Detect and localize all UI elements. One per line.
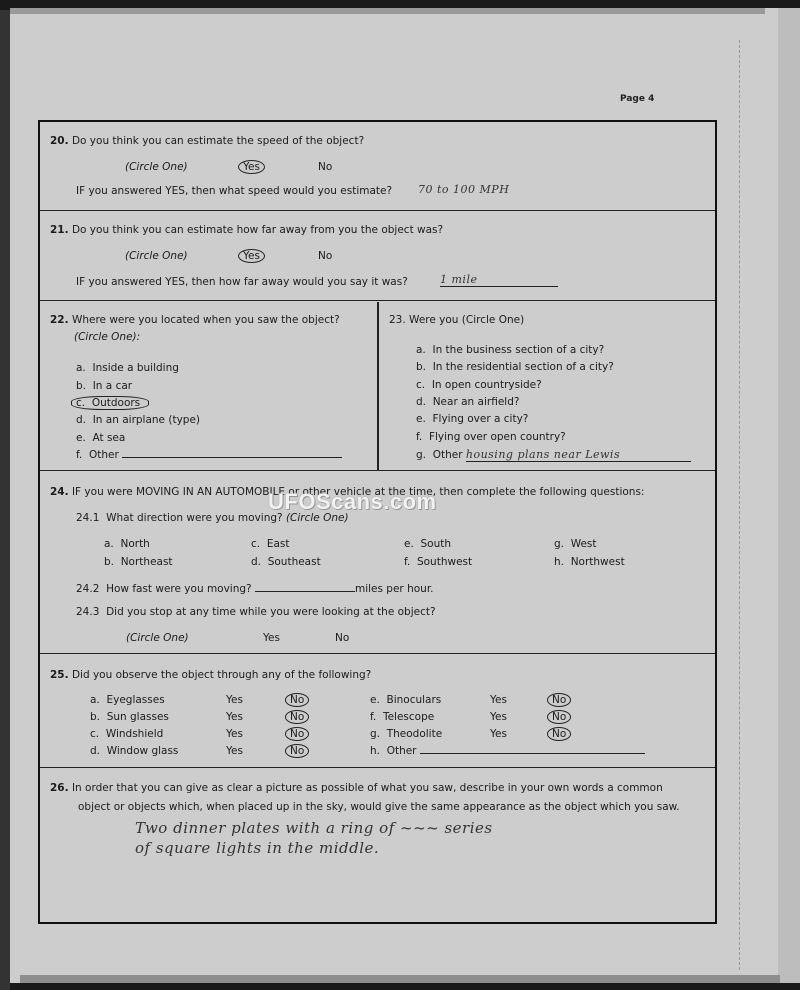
yes-option[interactable]: Yes [490,694,507,706]
no-option-selected[interactable]: No [285,727,309,741]
no-option-selected[interactable]: No [285,710,309,724]
area-other-answer[interactable]: housing plans near Lewis [466,448,691,462]
question-text: Do you think you can estimate the speed … [72,135,364,147]
no-option[interactable]: No [318,161,332,173]
instrument-window-glass: d. Window glass [90,745,178,757]
direction-east[interactable]: c. East [251,538,289,550]
distance-answer[interactable]: 1 mile [440,273,558,287]
description-answer-line-1[interactable]: Two dinner plates with a ring of ~~~ ser… [135,819,493,837]
column-divider [377,302,379,470]
speed-answer[interactable]: 70 to 100 MPH [418,183,509,196]
area-option-a[interactable]: a. In the business section of a city? [416,344,604,356]
circle-one-label: (Circle One): [74,331,140,343]
no-option-selected[interactable]: No [547,693,571,707]
followup-text: IF you answered YES, then what speed wou… [76,185,392,197]
area-option-f[interactable]: f. Flying over open country? [416,431,566,443]
instrument-telescope: f. Telescope [370,711,434,723]
direction-southwest[interactable]: f. Southwest [404,556,472,568]
no-option-selected[interactable]: No [547,710,571,724]
followup-text: IF you answered YES, then how far away w… [76,276,408,288]
page-number: Page 4 [620,94,654,104]
no-option[interactable]: No [318,250,332,262]
description-answer-line-2[interactable]: of square lights in the middle. [135,839,379,857]
instrument-sun-glasses: b. Sun glasses [90,711,169,723]
yes-option-selected[interactable]: Yes [238,160,265,174]
question-text-line-2: object or objects which, when placed up … [78,801,680,813]
yes-option[interactable]: Yes [226,711,243,723]
instrument-other-blank[interactable] [420,753,645,754]
area-option-g[interactable]: g. Other housing plans near Lewis [416,448,691,462]
yes-option-selected[interactable]: Yes [238,249,265,263]
no-option[interactable]: No [335,632,349,644]
circle-one-label: (Circle One) [125,161,188,173]
scan-left-edge [0,10,10,990]
question-20: 20. Do you think you can estimate the sp… [40,122,715,211]
direction-south[interactable]: e. South [404,538,451,550]
instrument-eyeglasses: a. Eyeglasses [90,694,165,706]
instrument-theodolite: g. Theodolite [370,728,442,740]
question-text: Did you observe the object through any o… [72,669,371,681]
location-option-c-selected[interactable]: c. Outdoors [71,396,149,410]
subquestion-number: 24.1 [76,512,99,524]
question-number: 20. [50,135,69,147]
direction-north[interactable]: a. North [104,538,150,550]
circle-one-label: (Circle One) [125,250,188,262]
question-26: 26. In order that you can give as clear … [40,767,715,922]
subquestion-text: How fast were you moving? [106,583,252,595]
question-number: 23. [389,314,406,326]
watermark: UFOScans.com [268,489,437,515]
area-option-e[interactable]: e. Flying over a city? [416,413,528,425]
location-option-d[interactable]: d. In an airplane (type) [76,414,200,426]
location-option-a[interactable]: a. Inside a building [76,362,179,374]
question-number: 25. [50,669,69,681]
subquestion-text: What direction were you moving? [106,512,283,524]
location-option-f[interactable]: f. Other [76,449,342,461]
direction-southeast[interactable]: d. Southeast [251,556,321,568]
direction-northeast[interactable]: b. Northeast [104,556,173,568]
yes-option[interactable]: Yes [263,632,280,644]
other-blank[interactable] [122,457,342,458]
speed-moving-field[interactable] [255,591,355,592]
yes-option[interactable]: Yes [226,728,243,740]
question-text: Where were you located when you saw the … [72,314,340,326]
scan-top-band [10,8,765,14]
area-option-b[interactable]: b. In the residential section of a city? [416,361,614,373]
no-option-selected[interactable]: No [547,727,571,741]
question-number: 21. [50,224,69,236]
question-text-line-1: In order that you can give as clear a pi… [72,782,663,794]
subquestion-number: 24.3 [76,606,99,618]
question-text: Were you (Circle One) [409,314,524,326]
yes-option[interactable]: Yes [226,694,243,706]
scan-bottom-band [20,975,780,983]
instrument-other: h. Other [370,745,645,757]
no-option-selected[interactable]: No [285,744,309,758]
location-option-e[interactable]: e. At sea [76,432,125,444]
direction-west[interactable]: g. West [554,538,597,550]
scan-right-edge [778,8,800,983]
subquestion-text: Did you stop at any time while you were … [106,606,435,618]
question-25: 25. Did you observe the object through a… [40,653,715,768]
circle-one-label: (Circle One) [126,632,189,644]
yes-option[interactable]: Yes [226,745,243,757]
direction-northwest[interactable]: h. Northwest [554,556,625,568]
instrument-binoculars: e. Binoculars [370,694,441,706]
fold-line [739,40,741,970]
units-label: miles per hour. [355,583,434,595]
yes-option[interactable]: Yes [490,711,507,723]
no-option-selected[interactable]: No [285,693,309,707]
question-number: 24. [50,486,69,498]
yes-option[interactable]: Yes [490,728,507,740]
area-option-c[interactable]: c. In open countryside? [416,379,542,391]
location-option-b[interactable]: b. In a car [76,380,132,392]
question-text: Do you think you can estimate how far aw… [72,224,443,236]
question-21: 21. Do you think you can estimate how fa… [40,210,715,301]
area-option-d[interactable]: d. Near an airfield? [416,396,519,408]
subquestion-number: 24.2 [76,583,99,595]
question-number: 26. [50,782,69,794]
instrument-windshield: c. Windshield [90,728,163,740]
question-number: 22. [50,314,69,326]
questionnaire-form: 20. Do you think you can estimate the sp… [38,120,717,924]
